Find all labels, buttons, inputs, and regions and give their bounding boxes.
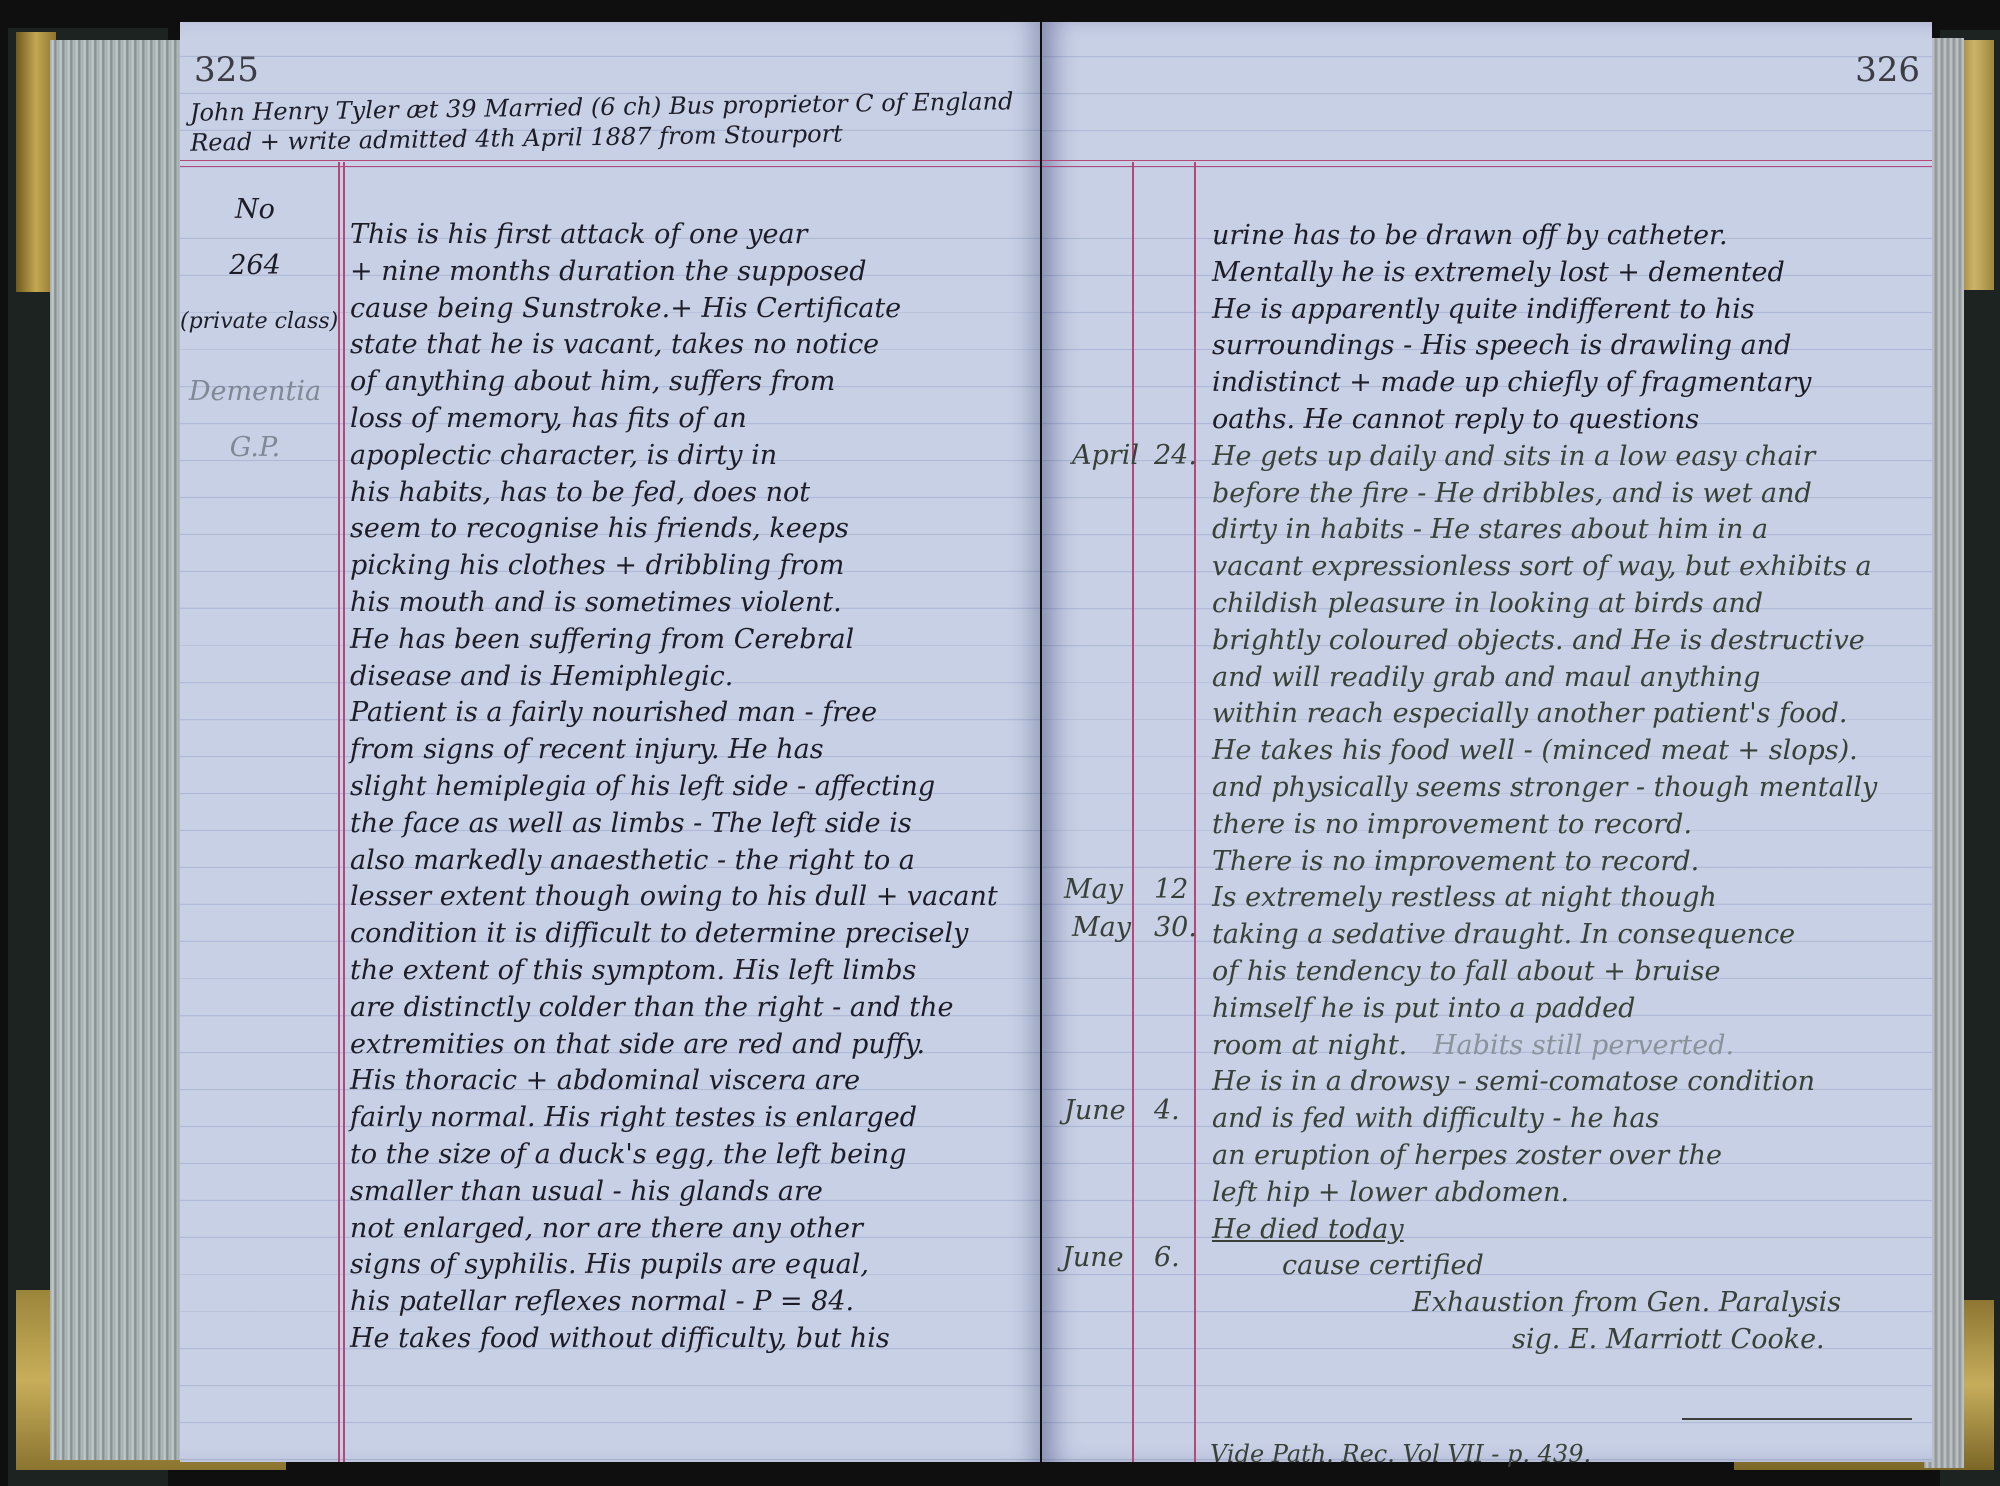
note-line: fairly normal. His right testes is enlar… <box>350 1100 998 1137</box>
pathology-reference: Vide Path. Rec. Vol VII - p. 439. <box>1210 1440 1591 1468</box>
entry-may-30: Is extremely restless at night though ta… <box>1212 880 1877 1064</box>
header-double-rule <box>1042 160 1932 167</box>
note-line: This is his first attack of one year <box>350 217 998 254</box>
note-line: signs of syphilis. His pupils are equal, <box>350 1247 998 1284</box>
note-line: oaths. He cannot reply to questions <box>1212 402 1877 439</box>
note-line: his patellar reflexes normal - P = 84. <box>350 1284 998 1321</box>
entry-june-4: He is in a drowsy - semi-comatose condit… <box>1212 1064 1877 1211</box>
note-line: His thoracic + abdominal viscera are <box>350 1063 998 1100</box>
note-line: of anything about him, suffers from <box>350 364 998 401</box>
note-line: his habits, has to be fed, does not <box>350 475 998 512</box>
certification-note: cause certified <box>1212 1248 1877 1285</box>
note-line: seem to recognise his friends, keeps <box>350 511 998 548</box>
note-line: apoplectic character, is dirty in <box>350 438 998 475</box>
note-line: He takes food without difficulty, but hi… <box>350 1321 998 1358</box>
case-number: 264 <box>180 238 330 294</box>
case-margin: No 264 (private class) Dementia G.P. <box>180 182 330 476</box>
note-line: to the size of a duck's egg, the left be… <box>350 1137 998 1174</box>
entry-april-24: He gets up daily and sits in a low easy … <box>1212 439 1877 844</box>
note-line: loss of memory, has fits of an <box>350 401 998 438</box>
faint-addendum: Habits still perverted. <box>1433 1030 1734 1061</box>
page-number: 326 <box>1855 50 1920 90</box>
note-line: Mentally he is extremely lost + demented <box>1212 255 1877 292</box>
note-line: urine has to be drawn off by catheter. <box>1212 218 1877 255</box>
progress-notes: urine has to be drawn off by catheter. M… <box>1212 218 1877 1359</box>
note-line: cause being Sunstroke.+ His Certificate <box>350 291 998 328</box>
death-note: He died today <box>1212 1212 1877 1249</box>
signature-underline <box>1682 1418 1912 1420</box>
note-line: not enlarged, nor are there any other <box>350 1211 998 1248</box>
note-line: picking his clothes + dribbling from <box>350 548 998 585</box>
note-line: + nine months duration the supposed <box>350 254 998 291</box>
note-line: lesser extent though owing to his dull +… <box>350 879 998 916</box>
header-double-rule <box>180 160 1040 167</box>
note-line: extremities on that side are red and puf… <box>350 1027 998 1064</box>
note-line: condition it is difficult to determine p… <box>350 916 998 953</box>
note-line: slight hemiplegia of his left side - aff… <box>350 769 998 806</box>
case-no-label: No <box>180 182 330 238</box>
page-number: 325 <box>194 50 259 90</box>
note-line: He is apparently quite indifferent to hi… <box>1212 292 1877 329</box>
patient-class: (private class) <box>180 294 330 350</box>
page-edges-left <box>50 40 180 1460</box>
case-notes: This is his first attack of one year + n… <box>350 217 998 1358</box>
date-day-rule <box>1194 162 1196 1462</box>
patient-header: John Henry Tyler æt 39 Married (6 ch) Bu… <box>190 86 1014 157</box>
date-month-rule <box>1132 162 1134 1462</box>
entry-june-6: He died today cause certified Exhaustion… <box>1212 1212 1877 1359</box>
note-line: the face as well as limbs - The left sid… <box>350 806 998 843</box>
note-line: He has been suffering from Cerebral <box>350 622 998 659</box>
note-line: state that he is vacant, takes no notice <box>350 327 998 364</box>
entry-may-12: There is no improvement to record. <box>1212 844 1877 881</box>
margin-rule <box>338 162 340 1462</box>
right-page: 326 April 24. May 12 May 30. June 4. Jun… <box>1042 22 1932 1462</box>
left-page: 325 John Henry Tyler æt 39 Married (6 ch… <box>180 22 1040 1462</box>
margin-rule-inner <box>343 162 345 1462</box>
physician-signature: sig. E. Marriott Cooke. <box>1212 1322 1877 1359</box>
diagnosis: Dementia <box>180 364 330 420</box>
cause-of-death: Exhaustion from Gen. Paralysis <box>1212 1285 1877 1322</box>
note-line: indistinct + made up chiefly of fragment… <box>1212 365 1877 402</box>
note-line: from signs of recent injury. He has <box>350 732 998 769</box>
note-line: his mouth and is sometimes violent. <box>350 585 998 622</box>
note-line: the extent of this symptom. His left lim… <box>350 953 998 990</box>
note-line: are distinctly colder than the right - a… <box>350 990 998 1027</box>
note-line: smaller than usual - his glands are <box>350 1174 998 1211</box>
note-line: also markedly anaesthetic - the right to… <box>350 843 998 880</box>
diagnosis-sub: G.P. <box>180 420 330 476</box>
note-line: surroundings - His speech is drawling an… <box>1212 328 1877 365</box>
note-line: Patient is a fairly nourished man - free <box>350 695 998 732</box>
note-line: disease and is Hemiphlegic. <box>350 659 998 696</box>
